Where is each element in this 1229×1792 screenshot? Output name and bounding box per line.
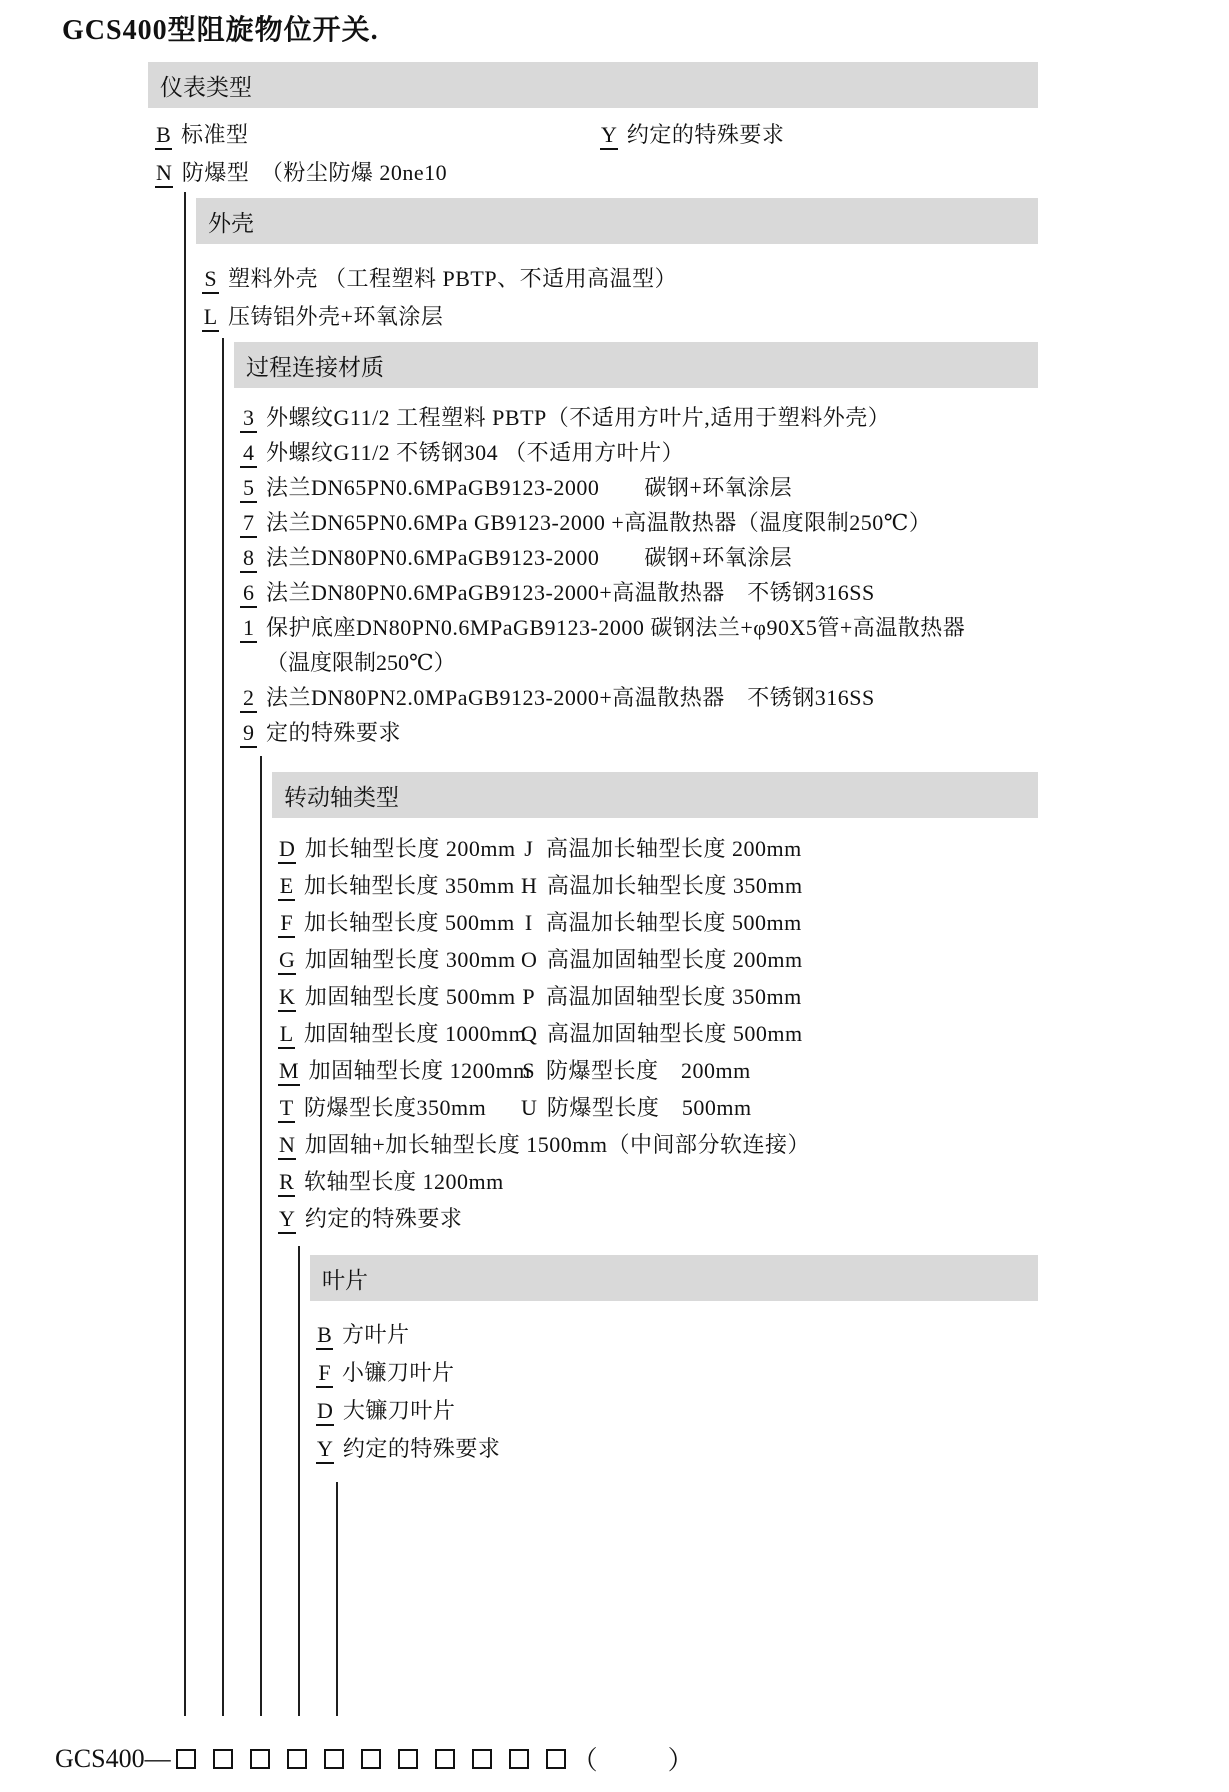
option-code: Y	[278, 1207, 296, 1234]
option-text: 加固轴型长度 500mm	[305, 984, 516, 1009]
model-suffix: （ ）	[572, 1740, 700, 1777]
option-row: F加长轴型长度 500mm I高温加长轴型长度 500mm	[278, 904, 810, 941]
option-text: 大镰刀叶片	[343, 1398, 456, 1423]
option-right-column: Q高温加固轴型长度 500mm	[520, 1015, 803, 1052]
option-text: 防爆型长度 500mm	[547, 1095, 752, 1120]
option-code: L	[202, 305, 219, 332]
option-text: 法兰DN65PN0.6MPaGB9123-2000 碳钢+环氧涂层	[266, 475, 792, 500]
option-code: B	[316, 1323, 333, 1350]
section-header-label: 仪表类型	[160, 69, 252, 102]
option-row: T防爆型长度350mm U防爆型长度 500mm	[278, 1089, 810, 1126]
model-code-box	[287, 1749, 307, 1769]
option-text: 约定的特殊要求	[627, 122, 785, 147]
section-header-label: 过程连接材质	[246, 349, 384, 382]
model-code-box	[324, 1749, 344, 1769]
option-text: 加长轴型长度 350mm	[304, 873, 515, 898]
option-text: 防爆型 （粉尘防爆 20ne10	[182, 160, 447, 185]
option-row: R软轴型长度 1200mm	[278, 1163, 810, 1200]
section-header-shaft-type: 转动轴类型	[272, 772, 1038, 818]
option-code: P	[520, 985, 537, 1010]
model-prefix: GCS400—	[55, 1744, 171, 1774]
option-code: N	[278, 1133, 296, 1160]
option-code: 7	[240, 511, 257, 538]
option-text: 约定的特殊要求	[343, 1436, 501, 1461]
option-text: 定的特殊要求	[266, 720, 401, 745]
document-page: GCS400型阻旋物位开关. 仪表类型 B标准型 Y约定的特殊要求 N防爆型 （…	[0, 0, 1229, 1792]
option-code: F	[316, 1361, 333, 1388]
option-row: B方叶片	[316, 1316, 500, 1354]
option-code: D	[278, 837, 296, 864]
option-text: 外螺纹G11/2 工程塑料 PBTP（不适用方叶片,适用于塑料外壳）	[266, 405, 890, 430]
option-code: 5	[240, 476, 257, 503]
model-code-box	[250, 1749, 270, 1769]
option-continuation: （温度限制250℃）	[266, 645, 965, 680]
option-row: S塑料外壳 （工程塑料 PBTP、不适用高温型）	[202, 260, 677, 298]
option-text: 方叶片	[342, 1322, 410, 1347]
option-text: 法兰DN80PN0.6MPaGB9123-2000+高温散热器 不锈钢316SS	[266, 580, 875, 605]
section-header-label: 外壳	[208, 205, 254, 238]
option-row: 1保护底座DN80PN0.6MPaGB9123-2000 碳钢法兰+φ90X5管…	[240, 610, 965, 680]
option-text: 防爆型长度 200mm	[546, 1058, 751, 1083]
option-code: 1	[240, 616, 257, 643]
section-header-instrument-type: 仪表类型	[148, 62, 1038, 108]
option-code: S	[202, 267, 219, 294]
option-code: H	[520, 874, 538, 899]
option-code: 2	[240, 686, 257, 713]
option-row: 7法兰DN65PN0.6MPa GB9123-2000 +高温散热器（温度限制2…	[240, 505, 965, 540]
option-text: 小镰刀叶片	[342, 1360, 455, 1385]
option-text: 加长轴型长度 200mm	[305, 836, 516, 861]
option-code: J	[520, 837, 537, 862]
option-text: 法兰DN65PN0.6MPa GB9123-2000 +高温散热器（温度限制25…	[266, 510, 931, 535]
option-right-column: O高温加固轴型长度 200mm	[520, 941, 803, 978]
option-text: 约定的特殊要求	[305, 1206, 463, 1231]
section-header-label: 叶片	[322, 1262, 368, 1295]
option-row: L加固轴型长度 1000mm Q高温加固轴型长度 500mm	[278, 1015, 810, 1052]
option-code: U	[520, 1096, 538, 1121]
option-code: T	[278, 1096, 295, 1123]
option-row: Y约定的特殊要求	[278, 1200, 810, 1237]
model-code-box	[398, 1749, 418, 1769]
model-code-line: GCS400— （ ）	[55, 1740, 700, 1777]
option-code: E	[278, 874, 295, 901]
option-text: 塑料外壳 （工程塑料 PBTP、不适用高温型）	[228, 266, 677, 291]
model-code-box	[509, 1749, 529, 1769]
option-row: D大镰刀叶片	[316, 1392, 500, 1430]
option-text: 法兰DN80PN2.0MPaGB9123-2000+高温散热器 不锈钢316SS	[266, 685, 875, 710]
option-text: 防爆型长度350mm	[304, 1095, 486, 1120]
option-code: 8	[240, 546, 257, 573]
option-code: K	[278, 985, 296, 1012]
option-row: 2法兰DN80PN2.0MPaGB9123-2000+高温散热器 不锈钢316S…	[240, 680, 965, 715]
connector-line-housing	[222, 338, 224, 1716]
option-code: 9	[240, 721, 257, 748]
option-code: S	[520, 1059, 537, 1084]
option-text: 加固轴型长度 300mm	[305, 947, 516, 972]
option-row: L压铸铝外壳+环氧涂层	[202, 298, 677, 336]
option-row: 8法兰DN80PN0.6MPaGB9123-2000 碳钢+环氧涂层	[240, 540, 965, 575]
section-options-process-connection: 3外螺纹G11/2 工程塑料 PBTP（不适用方叶片,适用于塑料外壳） 4外螺纹…	[240, 400, 965, 750]
option-text: 高温加固轴型长度 350mm	[546, 984, 802, 1009]
section-header-paddle: 叶片	[310, 1255, 1038, 1301]
option-row: M加固轴型长度 1200mm S防爆型长度 200mm	[278, 1052, 810, 1089]
option-row: G加固轴型长度 300mm O高温加固轴型长度 200mm	[278, 941, 810, 978]
option-text: 标准型	[181, 122, 249, 147]
page-title: GCS400型阻旋物位开关.	[62, 8, 379, 48]
option-row: 6法兰DN80PN0.6MPaGB9123-2000+高温散热器 不锈钢316S…	[240, 575, 965, 610]
option-row: 5法兰DN65PN0.6MPaGB9123-2000 碳钢+环氧涂层	[240, 470, 965, 505]
option-right-column: I高温加长轴型长度 500mm	[520, 904, 802, 941]
option-code: 4	[240, 441, 257, 468]
model-code-box	[435, 1749, 455, 1769]
option-text: 软轴型长度 1200mm	[304, 1169, 504, 1194]
option-text: 加固轴+加长轴型长度 1500mm（中间部分软连接）	[305, 1132, 810, 1157]
option-code: Y	[600, 123, 618, 150]
option-row: K加固轴型长度 500mm P高温加固轴型长度 350mm	[278, 978, 810, 1015]
option-row: E加长轴型长度 350mm H高温加长轴型长度 350mm	[278, 867, 810, 904]
option-code: O	[520, 948, 538, 973]
connector-line-shaft-type	[298, 1246, 300, 1716]
option-right-column: H高温加长轴型长度 350mm	[520, 867, 803, 904]
option-row: 3外螺纹G11/2 工程塑料 PBTP（不适用方叶片,适用于塑料外壳）	[240, 400, 965, 435]
option-row: Y约定的特殊要求	[316, 1430, 500, 1468]
model-code-box	[546, 1749, 566, 1769]
option-text: 法兰DN80PN0.6MPaGB9123-2000 碳钢+环氧涂层	[266, 545, 792, 570]
option-text: 加固轴型长度 1000mm	[304, 1021, 526, 1046]
option-text: 保护底座DN80PN0.6MPaGB9123-2000 碳钢法兰+φ90X5管+…	[266, 615, 965, 640]
option-code: N	[155, 161, 173, 188]
option-right-column: S防爆型长度 200mm	[520, 1052, 751, 1089]
model-code-boxes	[176, 1749, 566, 1769]
option-row: 9定的特殊要求	[240, 715, 965, 750]
connector-line-paddle	[336, 1482, 338, 1716]
option-text: 高温加长轴型长度 350mm	[547, 873, 803, 898]
option-code: Q	[520, 1022, 538, 1047]
section-options-shaft-type: D加长轴型长度 200mm J高温加长轴型长度 200mm E加长轴型长度 35…	[278, 830, 810, 1237]
section-header-process-connection: 过程连接材质	[234, 342, 1038, 388]
option-text: 高温加长轴型长度 500mm	[546, 910, 802, 935]
option-code: 6	[240, 581, 257, 608]
option-code: R	[278, 1170, 295, 1197]
option-code: I	[520, 911, 537, 936]
option-row: N加固轴+加长轴型长度 1500mm（中间部分软连接）	[278, 1126, 810, 1163]
option-code: F	[278, 911, 295, 938]
option-text: 外螺纹G11/2 不锈钢304 （不适用方叶片）	[266, 440, 684, 465]
option-text: 加固轴型长度 1200mm	[309, 1058, 531, 1083]
option-row: D加长轴型长度 200mm J高温加长轴型长度 200mm	[278, 830, 810, 867]
option-row: B标准型 Y约定的特殊要求	[155, 116, 447, 154]
option-right-column: Y约定的特殊要求	[600, 116, 784, 154]
section-options-housing: S塑料外壳 （工程塑料 PBTP、不适用高温型） L压铸铝外壳+环氧涂层	[202, 260, 677, 336]
option-right-column: J高温加长轴型长度 200mm	[520, 830, 802, 867]
option-code: L	[278, 1022, 295, 1049]
option-code: M	[278, 1059, 300, 1086]
model-code-box	[213, 1749, 233, 1769]
option-text: 高温加固轴型长度 500mm	[547, 1021, 803, 1046]
section-options-instrument-type: B标准型 Y约定的特殊要求 N防爆型 （粉尘防爆 20ne10	[155, 116, 447, 192]
model-code-box	[472, 1749, 492, 1769]
option-code: B	[155, 123, 172, 150]
connector-line-process-connection	[260, 756, 262, 1716]
option-code: 3	[240, 406, 257, 433]
model-code-box	[176, 1749, 196, 1769]
option-text: 高温加固轴型长度 200mm	[547, 947, 803, 972]
option-code: G	[278, 948, 296, 975]
option-text: 压铸铝外壳+环氧涂层	[228, 304, 443, 329]
section-options-paddle: B方叶片 F小镰刀叶片 D大镰刀叶片 Y约定的特殊要求	[316, 1316, 500, 1468]
option-text: 加长轴型长度 500mm	[304, 910, 515, 935]
option-row: N防爆型 （粉尘防爆 20ne10	[155, 154, 447, 192]
option-right-column: P高温加固轴型长度 350mm	[520, 978, 802, 1015]
option-text: 高温加长轴型长度 200mm	[546, 836, 802, 861]
option-code: Y	[316, 1437, 334, 1464]
option-row: F小镰刀叶片	[316, 1354, 500, 1392]
option-right-column: U防爆型长度 500mm	[520, 1089, 752, 1126]
option-code: D	[316, 1399, 334, 1426]
model-code-box	[361, 1749, 381, 1769]
option-row: 4外螺纹G11/2 不锈钢304 （不适用方叶片）	[240, 435, 965, 470]
connector-line-instrument-type	[184, 192, 186, 1716]
section-header-label: 转动轴类型	[284, 779, 399, 812]
section-header-housing: 外壳	[196, 198, 1038, 244]
